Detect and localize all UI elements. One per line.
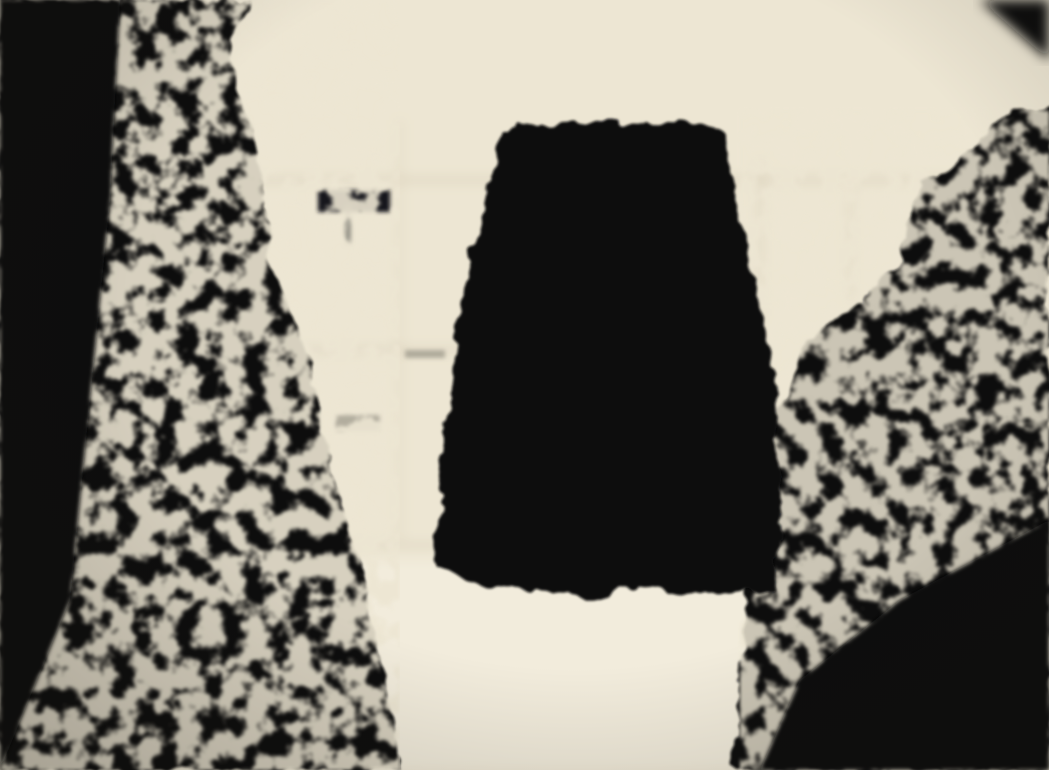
topiary-hedge (435, 121, 780, 600)
photo-scene (0, 0, 1049, 770)
left-bush (0, 0, 400, 770)
photograph: High-contrast black-and-white photograph… (0, 0, 1049, 770)
right-bush (735, 100, 1049, 770)
